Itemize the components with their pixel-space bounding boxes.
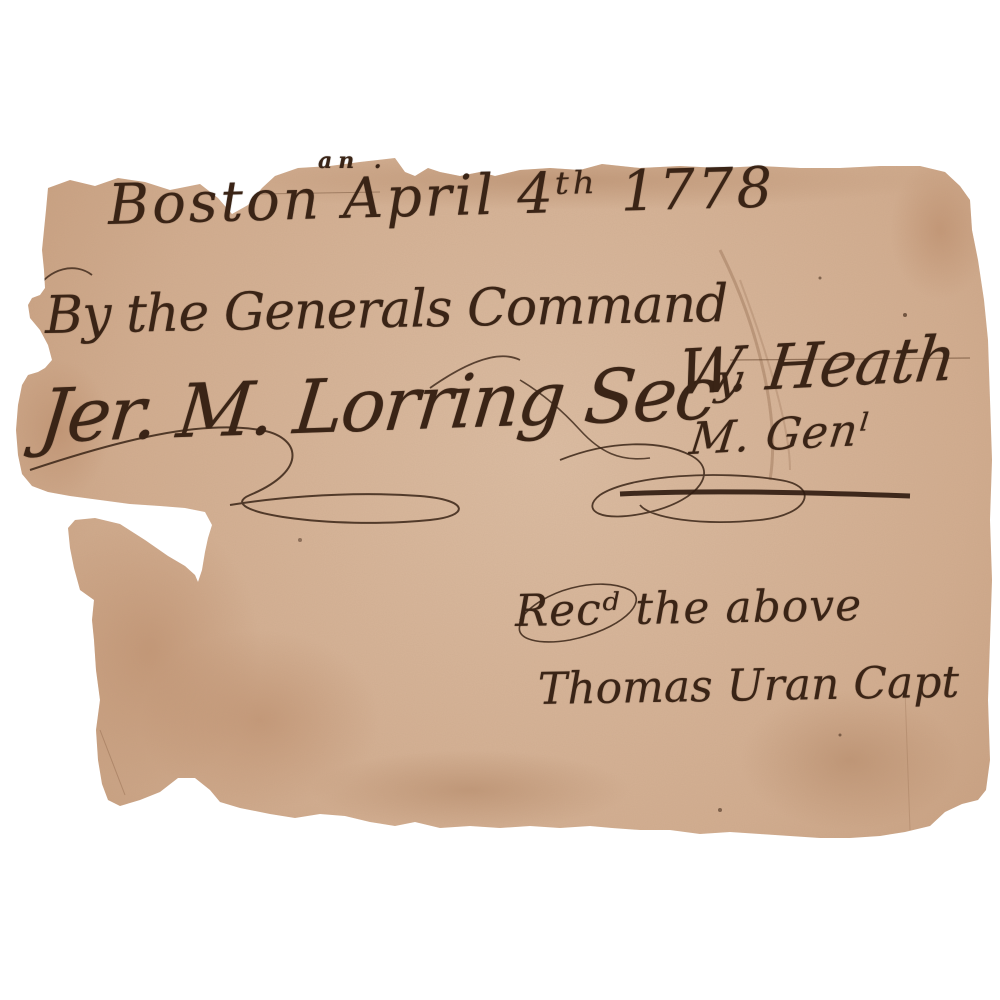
general-signature: W. Heath — [674, 327, 958, 404]
torn-paper-sheet — [0, 0, 1000, 1000]
receiver-signature: Thomas Uran Capt — [538, 661, 960, 712]
receipt-line: Recᵈ the above — [515, 584, 863, 634]
place-date-line: Boston April 4ᵗʰ 1778 — [107, 161, 776, 234]
order-line: By the Generals Command — [45, 278, 728, 342]
document-photo: an . Boston April 4ᵗʰ 1778 By the Genera… — [0, 0, 1000, 1000]
general-rank: M. Genˡ — [687, 408, 872, 462]
